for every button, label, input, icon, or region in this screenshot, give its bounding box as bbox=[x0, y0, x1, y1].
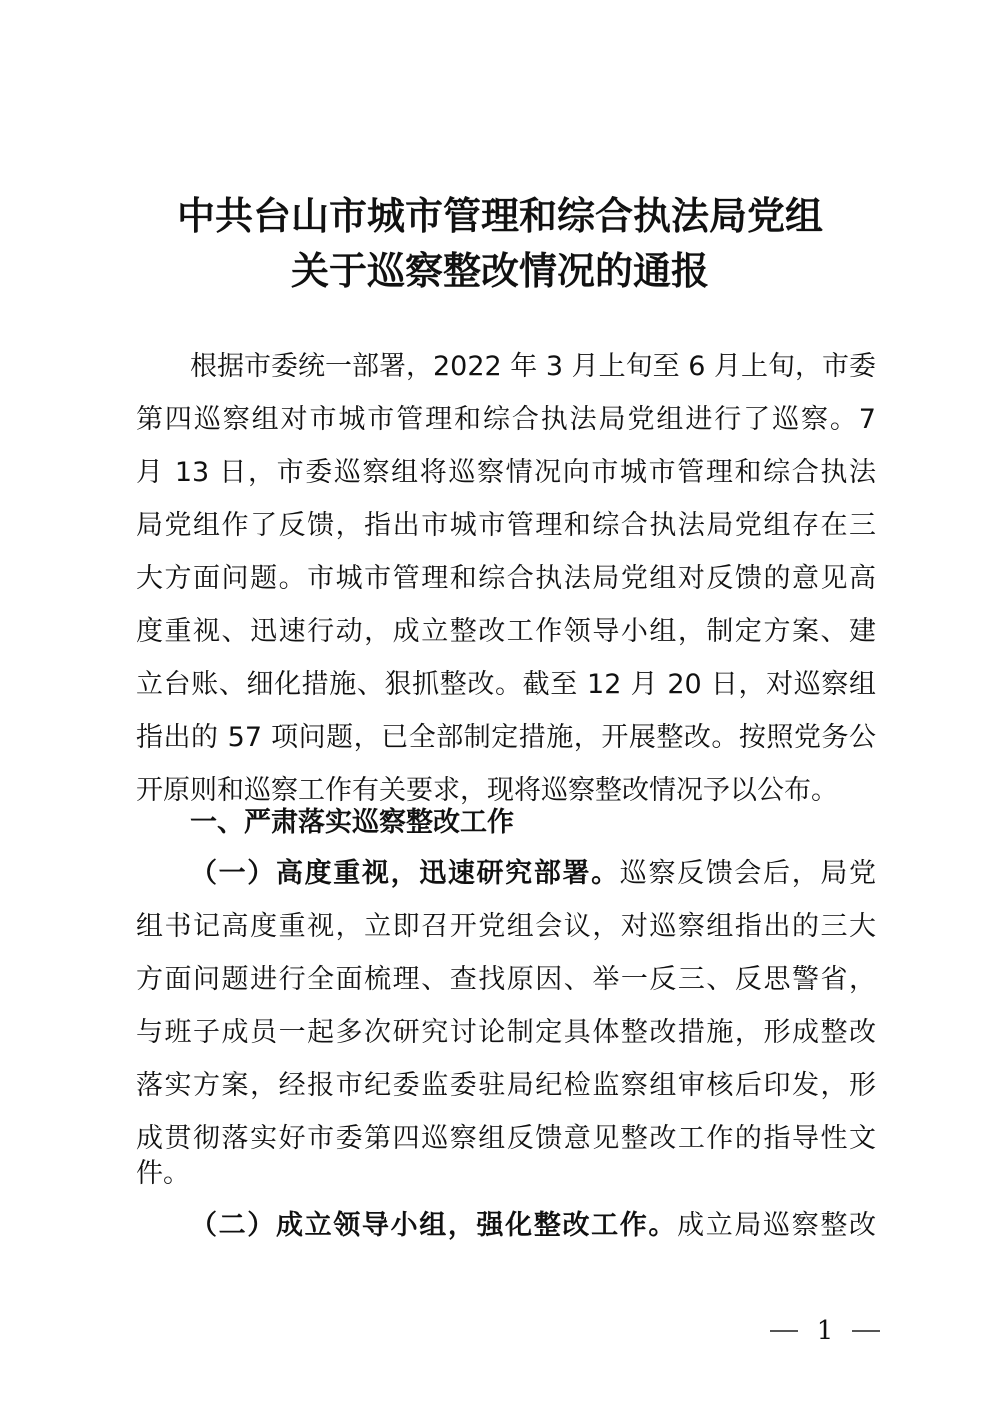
body-line: 落实方案，经报市纪委监委驻局纪检监察组审核后印发，形 bbox=[136, 1060, 876, 1112]
body-line: 件。 bbox=[136, 1148, 876, 1200]
intro-line: 局党组作了反馈，指出市城市管理和综合执法局党组存在三 bbox=[136, 500, 876, 552]
dash-right-icon bbox=[852, 1330, 880, 1332]
subsection-2-first-line: （二）成立领导小组，强化整改工作。成立局巡察整改 bbox=[136, 1200, 876, 1252]
document-title-line1: 中共台山市城市管理和综合执法局党组 bbox=[0, 193, 1000, 239]
body-line: 组书记高度重视，立即召开党组会议，对巡察组指出的三大 bbox=[136, 901, 876, 953]
document-title-line2: 关于巡察整改情况的通报 bbox=[0, 248, 1000, 294]
intro-line: 第四巡察组对市城市管理和综合执法局党组进行了巡察。7 bbox=[136, 394, 876, 446]
body-line: 方面问题进行全面梳理、查找原因、举一反三、反思警省， bbox=[136, 954, 876, 1006]
subsection-1-text: 巡察反馈会后，局党 bbox=[620, 858, 876, 889]
dash-left-icon bbox=[770, 1330, 798, 1332]
intro-line: 根据市委统一部署，2022 年 3 月上旬至 6 月上旬，市委 bbox=[136, 341, 876, 393]
page-number: 1 bbox=[770, 1316, 880, 1346]
intro-line: 大方面问题。市城市管理和综合执法局党组对反馈的意见高 bbox=[136, 553, 876, 605]
section-heading: 一、严肃落实巡察整改工作 bbox=[136, 797, 876, 849]
intro-line: 指出的 57 项问题，已全部制定措施，开展整改。按照党务公 bbox=[136, 712, 876, 764]
subsection-2-heading: （二）成立领导小组，强化整改工作。 bbox=[190, 1210, 677, 1241]
page-number-value: 1 bbox=[817, 1316, 834, 1346]
body-line: 与班子成员一起多次研究讨论制定具体整改措施，形成整改 bbox=[136, 1007, 876, 1059]
subsection-1-first-line: （一）高度重视，迅速研究部署。巡察反馈会后，局党 bbox=[136, 848, 876, 900]
intro-line: 立台账、细化措施、狠抓整改。截至 12 月 20 日，对巡察组 bbox=[136, 659, 876, 711]
subsection-2-text: 成立局巡察整改 bbox=[677, 1210, 876, 1241]
intro-line: 月 13 日，市委巡察组将巡察情况向市城市管理和综合执法 bbox=[136, 447, 876, 499]
intro-line: 度重视、迅速行动，成立整改工作领导小组，制定方案、建 bbox=[136, 606, 876, 658]
subsection-1-heading: （一）高度重视，迅速研究部署。 bbox=[190, 858, 620, 889]
